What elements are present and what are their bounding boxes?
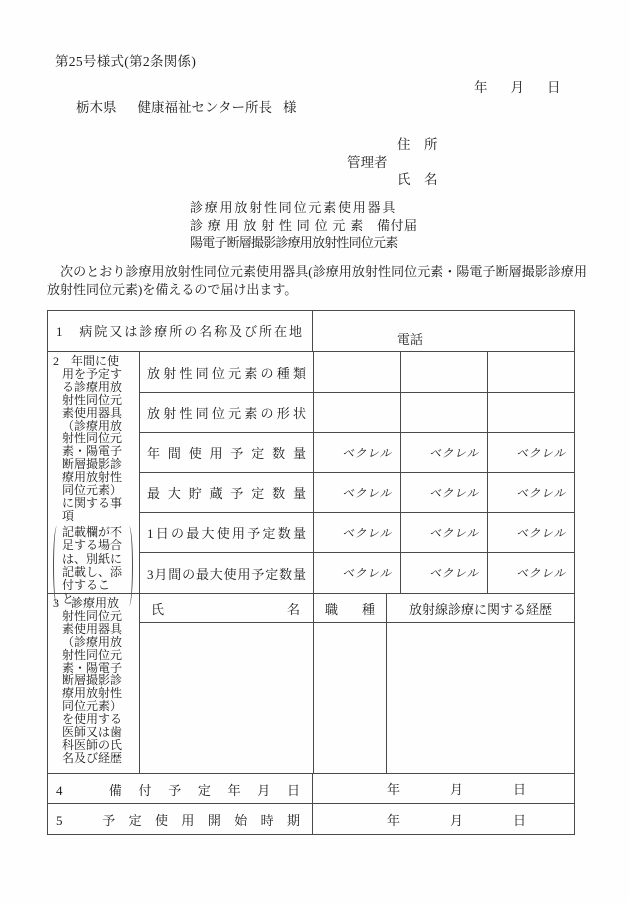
submitter-address-label: 住 所: [397, 133, 438, 153]
becquerel-unit: ベクレル: [429, 565, 479, 581]
isotope-kind-field-1: [314, 352, 401, 392]
subrow-label: 放射性同位元素の形状: [147, 403, 306, 422]
form-title-line2: 診療用放射性同位元素備付届: [190, 217, 418, 235]
form-document-page: 第25号様式(第2条関係) 年 月 日 栃木県健康福祉センター所長様 住 所 管…: [0, 0, 630, 903]
row3-item-text: 3 診療用放射性同位元素使用器具（診療用放射性同位元素・陽電子断層撮影診療用放射…: [53, 597, 125, 765]
form-title-line3: 陽電子断層撮影診療用放射性同位元素: [190, 234, 418, 252]
3month-max-field-1: ベクレル: [314, 553, 401, 593]
becquerel-unit: ベクレル: [516, 445, 566, 461]
form-title: 診療用放射性同位元素使用器具 診療用放射性同位元素備付届 陽電子断層撮影診療用放…: [190, 199, 418, 252]
form-title-line2-suffix: 備付届: [377, 218, 418, 233]
date-line: 年 月 日: [474, 76, 561, 96]
subrow-label: 最大貯蔵予定数量: [147, 483, 306, 502]
row3-item-column: 3 診療用放射性同位元素使用器具（診療用放射性同位元素・陽電子断層撮影診療用放射…: [48, 594, 140, 773]
clinic-name-address-field: 電話: [313, 311, 574, 351]
annual-use-field-3: ベクレル: [488, 433, 574, 472]
3month-max-field-3: ベクレル: [488, 553, 574, 593]
daily-max-field-2: ベクレル: [401, 513, 488, 552]
max-storage-field-3: ベクレル: [488, 473, 574, 512]
daily-max-field-3: ベクレル: [488, 513, 574, 552]
max-storage-field-1: ベクレル: [314, 473, 401, 512]
becquerel-unit: ベクレル: [342, 565, 392, 581]
addressee-line: 栃木県健康福祉センター所長様: [76, 96, 296, 116]
date-day-label: 日: [547, 76, 561, 96]
history-column-header: 放射線診療に関する経歴: [387, 594, 574, 622]
form-title-line2-main: 診療用放射性同位元素: [190, 218, 368, 233]
name-column-header: 氏 名: [140, 594, 314, 622]
subrow-isotope-kind: 放射性同位元素の種類: [140, 352, 574, 392]
isotope-form-field-2: [401, 393, 488, 432]
table-row-4-install-date: 4 備付予定年月日 年 月 日: [48, 773, 574, 803]
subrow-label: 3月間の最大使用予定数量: [147, 564, 306, 583]
becquerel-unit: ベクレル: [516, 525, 566, 541]
subrow-label: 放射性同位元素の種類: [147, 363, 306, 382]
date-year-label: 年: [474, 76, 488, 96]
isotope-form-field-3: [488, 393, 574, 432]
date-month-label: 月: [511, 76, 525, 96]
becquerel-unit: ベクレル: [342, 445, 392, 461]
form-title-line1: 診療用放射性同位元素使用器具: [190, 199, 418, 217]
row5-date-field: 年 月 日: [313, 804, 574, 834]
isotope-form-field-1: [314, 393, 401, 432]
3month-max-field-2: ベクレル: [401, 553, 488, 593]
year-label: 年: [387, 779, 400, 798]
becquerel-unit: ベクレル: [516, 485, 566, 501]
addressee-prefecture: 栃木県: [76, 100, 117, 115]
submitter-manager-label: 管理者: [347, 151, 388, 171]
addressee-honorific: 様: [283, 100, 297, 115]
annual-use-field-2: ベクレル: [401, 433, 488, 472]
table-row-1-clinic: 1 病院又は診療所の名称及び所在地 電話: [48, 311, 574, 351]
annual-use-field-1: ベクレル: [314, 433, 401, 472]
day-label: 日: [513, 779, 526, 798]
physician-name-field: [140, 623, 314, 773]
table-row-3-physicians: 3 診療用放射性同位元素使用器具（診療用放射性同位元素・陽電子断層撮影診療用放射…: [48, 593, 574, 773]
year-label: 年: [387, 810, 400, 829]
month-label: 月: [450, 810, 463, 829]
row3-header: 氏 名 職 種 放射線診療に関する経歴: [140, 594, 574, 623]
subrow-label: 1日の最大使用予定数量: [147, 523, 306, 542]
row4-label: 4 備付予定年月日: [48, 774, 313, 803]
month-label: 月: [450, 779, 463, 798]
row3-body: [140, 623, 574, 773]
row5-label: 5 予定使用開始時期: [48, 804, 313, 834]
row4-date-field: 年 月 日: [313, 774, 574, 803]
physician-job-field: [314, 623, 387, 773]
subrow-daily-max-use: 1日の最大使用予定数量 ベクレル ベクレル ベクレル: [140, 512, 574, 552]
intro-paragraph: 次のとおり診療用放射性同位元素使用器具(診療用放射性同位元素・陽電子断層撮影診療…: [47, 263, 587, 300]
physician-history-field: [387, 623, 574, 773]
becquerel-unit: ベクレル: [342, 485, 392, 501]
form-table: 1 病院又は診療所の名称及び所在地 電話 2 年間に使用を予定する診療用放射性同…: [47, 310, 575, 835]
submitter-name-label: 氏 名: [397, 168, 438, 188]
becquerel-unit: ベクレル: [429, 525, 479, 541]
day-label: 日: [513, 810, 526, 829]
phone-label: 電話: [397, 329, 423, 348]
becquerel-unit: ベクレル: [429, 445, 479, 461]
form-number: 第25号様式(第2条関係): [55, 50, 196, 70]
job-column-header: 職 種: [314, 594, 387, 622]
subrow-isotope-form: 放射性同位元素の形状: [140, 392, 574, 432]
isotope-kind-field-3: [488, 352, 574, 392]
isotope-kind-field-2: [401, 352, 488, 392]
subrow-label: 年間使用予定数量: [147, 443, 306, 462]
subrow-3month-max-use: 3月間の最大使用予定数量 ベクレル ベクレル ベクレル: [140, 552, 574, 593]
row2-item-column: 2 年間に使用を予定する診療用放射性同位元素使用器具（診療用放射性同位元素・陽電…: [48, 352, 140, 593]
subrow-annual-use: 年間使用予定数量 ベクレル ベクレル ベクレル: [140, 432, 574, 472]
row2-grid: 放射性同位元素の種類 放射性同位元素の形状 年間使用予定数量 ベクレル ベクレル…: [140, 352, 574, 593]
max-storage-field-2: ベクレル: [401, 473, 488, 512]
row3-grid: 氏 名 職 種 放射線診療に関する経歴: [140, 594, 574, 773]
becquerel-unit: ベクレル: [516, 565, 566, 581]
becquerel-unit: ベクレル: [429, 485, 479, 501]
addressee-office: 健康福祉センター所長: [138, 100, 272, 115]
table-row-5-start-date: 5 予定使用開始時期 年 月 日: [48, 803, 574, 834]
daily-max-field-1: ベクレル: [314, 513, 401, 552]
row2-item-text: 2 年間に使用を予定する診療用放射性同位元素使用器具（診療用放射性同位元素・陽電…: [53, 355, 125, 523]
becquerel-unit: ベクレル: [342, 525, 392, 541]
subrow-max-storage: 最大貯蔵予定数量 ベクレル ベクレル ベクレル: [140, 472, 574, 512]
row1-label: 1 病院又は診療所の名称及び所在地: [48, 311, 313, 351]
table-row-2-isotopes: 2 年間に使用を予定する診療用放射性同位元素使用器具（診療用放射性同位元素・陽電…: [48, 351, 574, 593]
